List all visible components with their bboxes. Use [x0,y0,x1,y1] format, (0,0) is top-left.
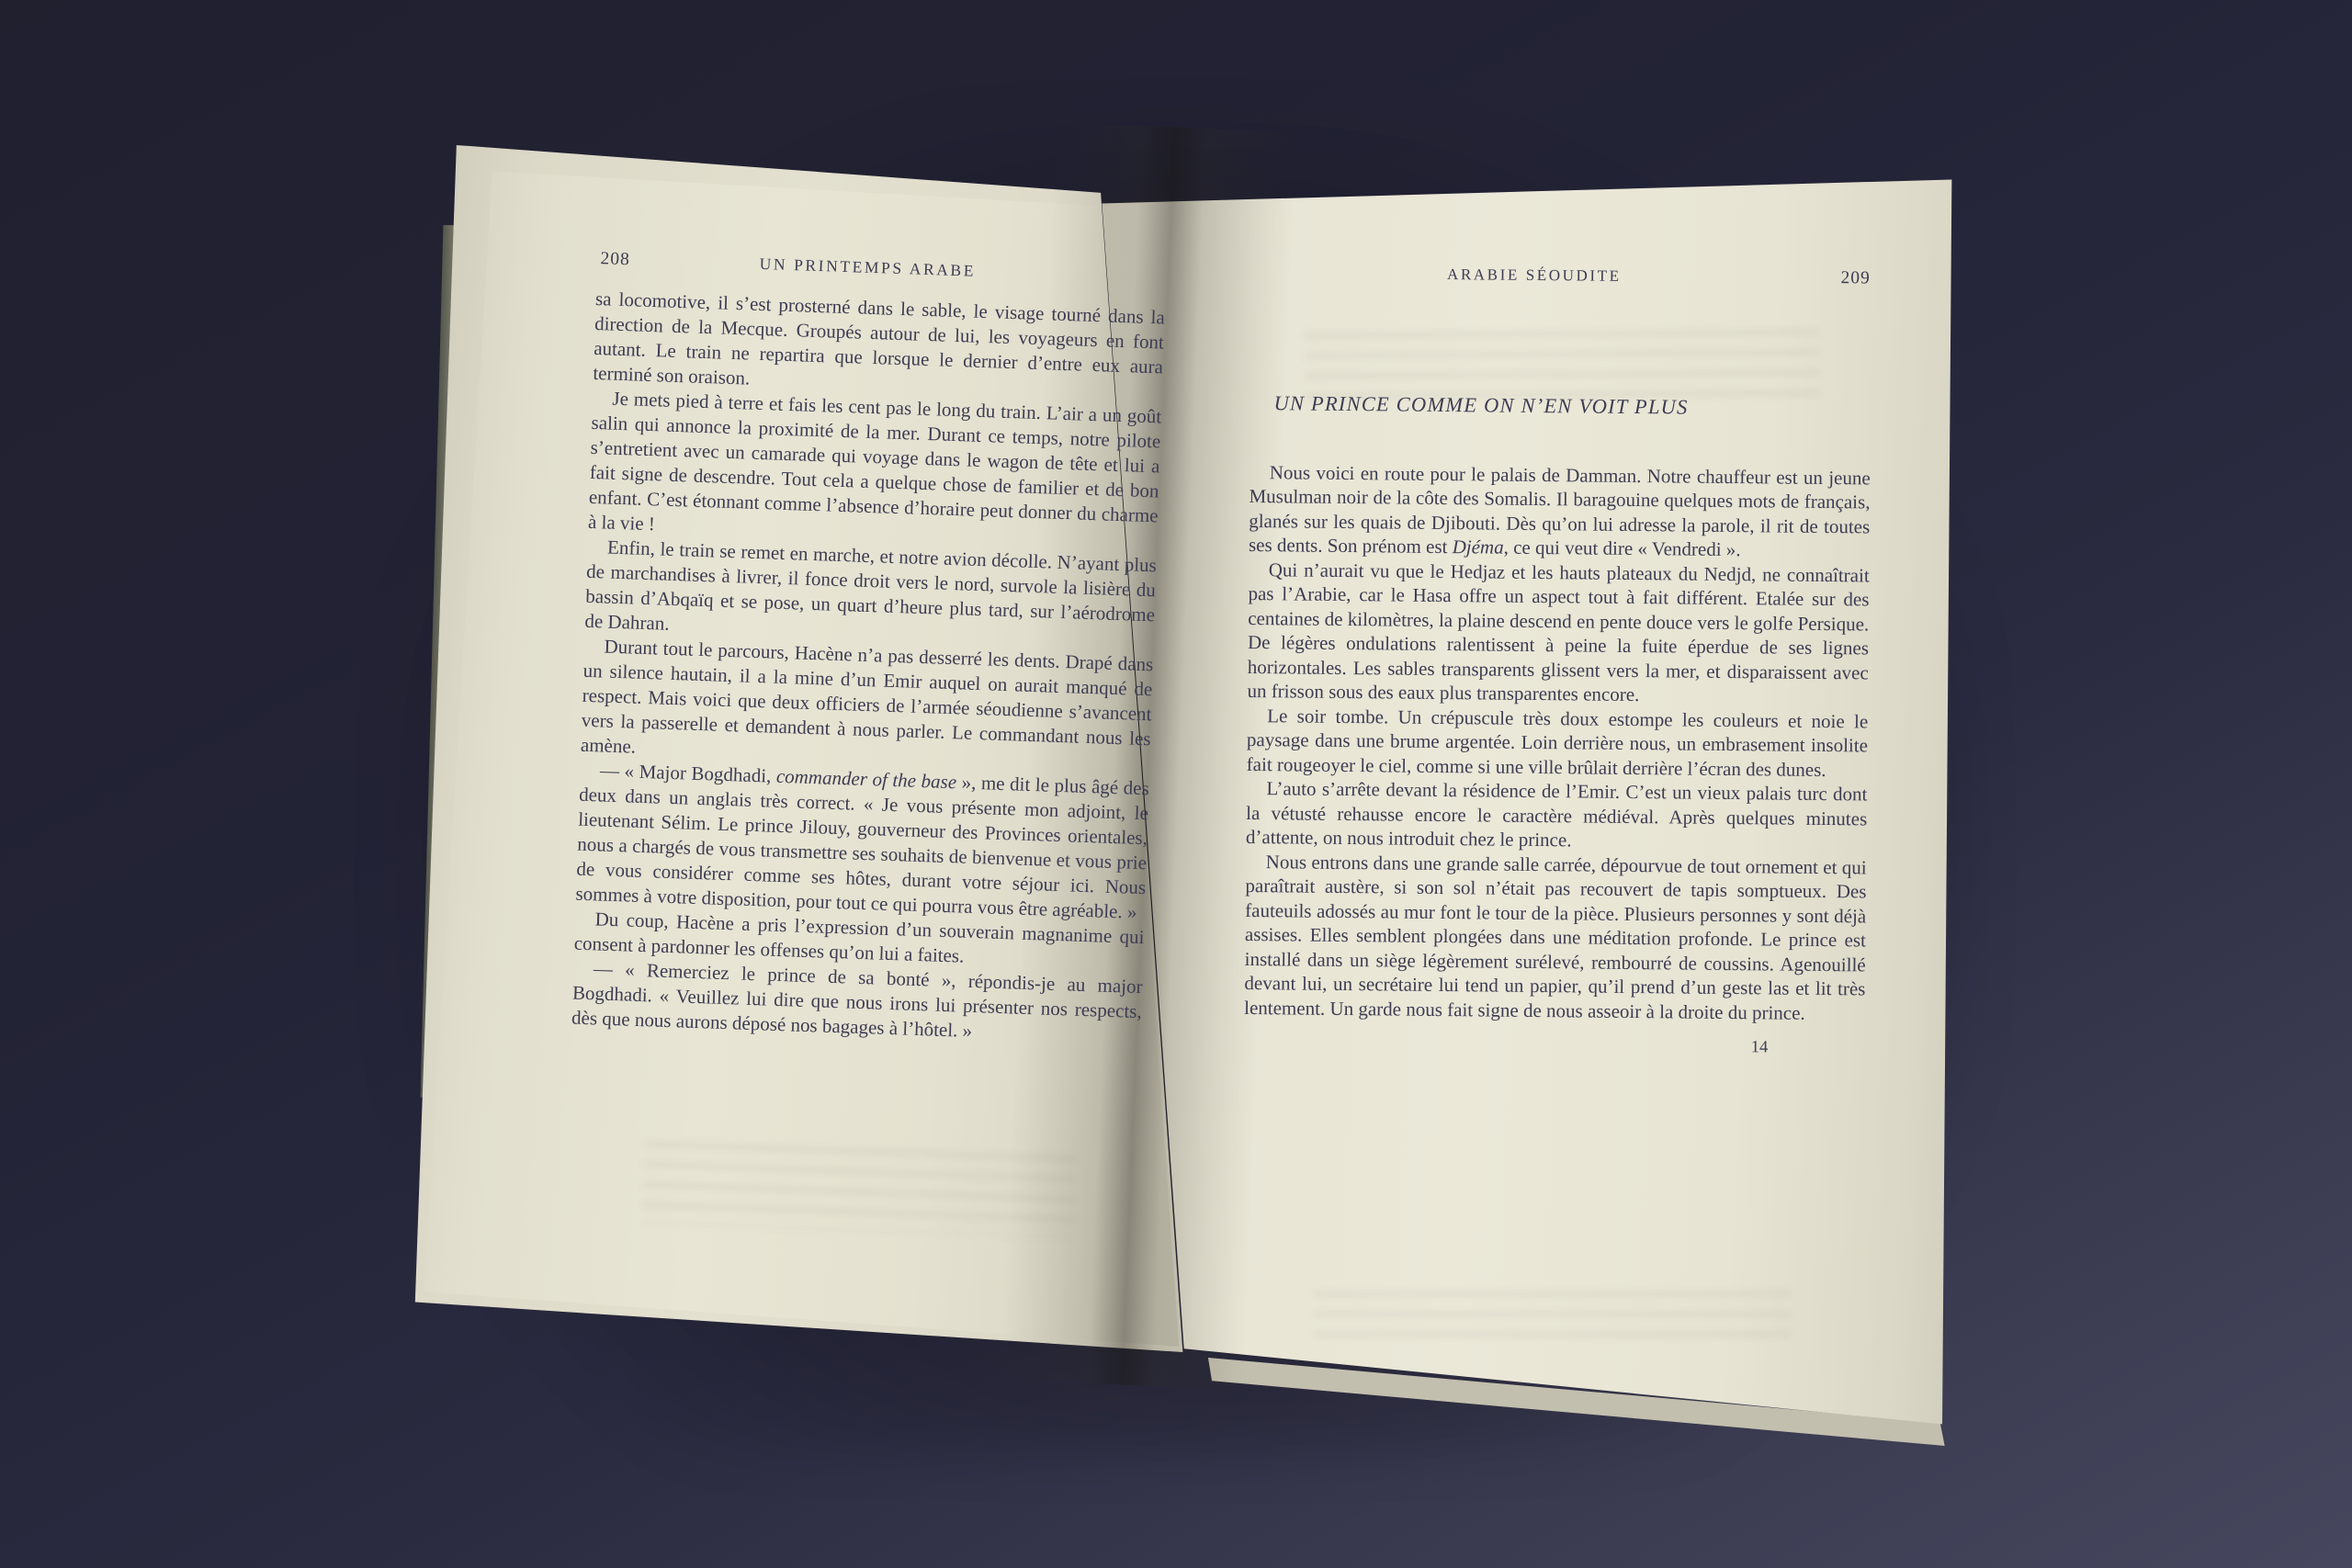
text-run: », me dit le plus âgé des deux dans un a… [575,771,1149,923]
paragraph: Nous voici en route pour le palais de Da… [1249,459,1871,562]
text-run: L’auto s’arrête devant la résidence de l… [1246,777,1868,851]
left-page-body: sa locomotive, il s’est prosterné dans l… [571,287,1166,1049]
signature-mark: 14 [1751,1035,1865,1061]
paragraph: sa locomotive, il s’est prosterné dans l… [593,287,1165,404]
paragraph: Nous entrons dans une grande salle carré… [1244,849,1867,1025]
paragraph: Le soir tombe. Un crépuscule très doux e… [1247,703,1869,782]
paragraph: Qui n’aurait vu que le Hedjaz et les hau… [1247,557,1869,708]
paragraph: Enfin, le train se remet en marche, et n… [584,535,1157,652]
italic-text: Djéma [1453,536,1504,558]
left-page-content: 208 UN PRINTEMPS ARABE sa locomotive, il… [571,246,1167,1049]
text-run: Durant tout le parcours, Hacène n’a pas … [581,635,1154,757]
right-page-body: Nous voici en route pour le palais de Da… [1244,459,1871,1025]
right-running-header: ARABIE SÉOUDITE [1251,261,1872,291]
paragraph: — « Major Bogdhadi, commander of the bas… [575,758,1149,925]
text-run: Nous entrons dans une grande salle carré… [1244,851,1867,1024]
paragraph: L’auto s’arrête devant la résidence de l… [1246,776,1868,855]
text-run: Je mets pied à terre et fais les cent pa… [588,388,1162,536]
text-run: — « Major Bogdhadi, [600,759,777,786]
right-page-number: 209 [1840,266,1871,291]
text-run: Enfin, le train se remet en marche, et n… [584,536,1157,635]
right-page-header: 209 ARABIE SÉOUDITE [1251,261,1872,294]
text-run: Le soir tombe. Un crépuscule très doux e… [1247,705,1869,781]
italic-text: commander of the base [776,765,957,793]
chapter-section-title: UN PRINCE COMME ON N’EN VOIT PLUS [1273,391,1871,422]
paragraph: Je mets pied à terre et fais les cent pa… [588,386,1162,553]
book-photo: 208 UN PRINTEMPS ARABE sa locomotive, il… [0,0,2352,1568]
right-page-content: 209 ARABIE SÉOUDITE UN PRINCE COMME ON N… [1244,261,1872,1061]
text-run: , ce qui veut dire « Vendredi ». [1504,536,1741,560]
text-run: Qui n’aurait vu que le Hedjaz et les hau… [1247,558,1869,705]
text-run: sa locomotive, il s’est prosterné dans l… [593,288,1165,389]
paragraph: Durant tout le parcours, Hacène n’a pas … [581,634,1154,776]
left-page-number: 208 [600,246,630,272]
